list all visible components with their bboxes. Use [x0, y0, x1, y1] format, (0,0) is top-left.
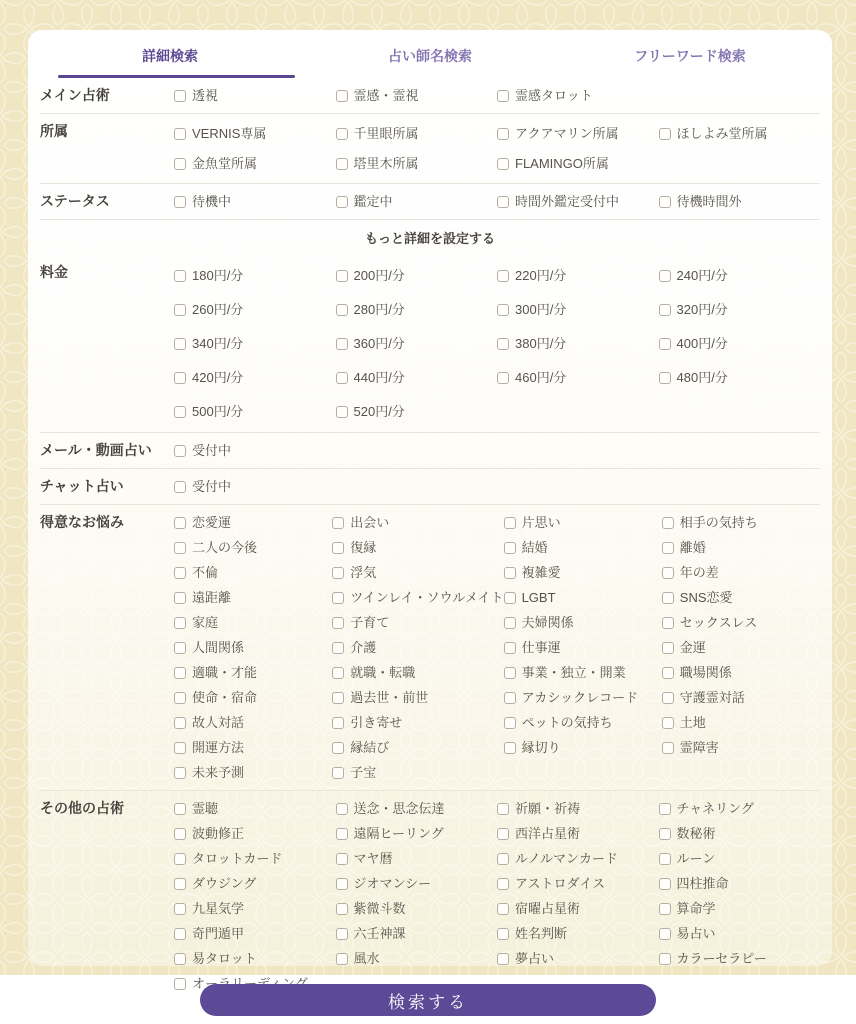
checkbox-label: ルノルマンカード [515, 846, 618, 871]
checkbox-option[interactable]: 風水 [336, 946, 498, 971]
search-panel: 詳細検索占い師名検索フリーワード検索 メイン占術透視霊感・霊視霊感タロット所属V… [28, 30, 832, 966]
checkbox-label: 風水 [354, 946, 380, 971]
checkbox-label: 事業・独立・開業 [522, 660, 626, 685]
checkbox-icon [332, 667, 344, 679]
checkbox-icon [174, 90, 186, 102]
checkbox-option[interactable]: 波動修正 [174, 821, 336, 846]
checkbox-option[interactable]: 家庭 [174, 610, 332, 635]
checkbox-icon [662, 642, 674, 654]
checkbox-icon [659, 878, 671, 890]
checkbox-option[interactable]: 数秘術 [659, 821, 821, 846]
checkbox-label: 介護 [350, 635, 376, 660]
filter-sections-bottom: 料金180円/分200円/分220円/分240円/分260円/分280円/分30… [40, 255, 820, 1001]
checkbox-icon [662, 517, 674, 529]
checkbox-icon [504, 717, 516, 729]
checkbox-label: 職場関係 [680, 660, 732, 685]
checkbox-label: 500円/分 [192, 399, 243, 424]
checkbox-option[interactable]: チャネリング [659, 796, 821, 821]
checkbox-label: 家庭 [192, 610, 218, 635]
section-label: 料金 [40, 260, 174, 427]
checkbox-option[interactable]: 鑑定中 [336, 189, 498, 214]
checkbox-icon [336, 878, 348, 890]
checkbox-label: 200円/分 [354, 263, 405, 288]
checkbox-option[interactable]: 不倫 [174, 560, 332, 585]
checkbox-label: 待機中 [192, 189, 231, 214]
checkbox-label: 宿曜占星術 [515, 896, 580, 921]
checkbox-icon [332, 592, 344, 604]
checkbox-label: 夢占い [515, 946, 554, 971]
checkbox-option[interactable]: 宿曜占星術 [497, 896, 659, 921]
checkbox-icon [659, 304, 671, 316]
checkbox-label: カラーセラピー [677, 946, 767, 971]
checkbox-icon [497, 853, 509, 865]
checkbox-label: SNS恋愛 [680, 585, 733, 610]
checkbox-option[interactable]: 280円/分 [336, 297, 498, 322]
checkbox-label: 数秘術 [677, 821, 716, 846]
checkbox-option[interactable]: ツインレイ・ソウルメイト [332, 585, 503, 610]
checkbox-option[interactable]: 年の差 [662, 560, 820, 585]
checkbox-label: 不倫 [192, 560, 218, 585]
checkbox-icon [497, 928, 509, 940]
checkbox-icon [662, 592, 674, 604]
checkbox-option[interactable]: 介護 [332, 635, 503, 660]
checkbox-label: 守護霊対話 [680, 685, 745, 710]
checkbox-option[interactable]: SNS恋愛 [662, 585, 820, 610]
section-label: メイン占術 [40, 83, 174, 108]
checkbox-icon [497, 128, 509, 140]
checkbox-label: ルーン [677, 846, 716, 871]
checkbox-icon [174, 128, 186, 140]
checkbox-label: セックスレス [680, 610, 757, 635]
checkbox-label: 易占い [677, 921, 716, 946]
section-affiliation: 所属VERNIS専属千里眼所属アクアマリン所属ほしよみ堂所属金魚堂所属塔里木所属… [40, 114, 820, 184]
checkbox-option[interactable]: アカシックレコード [504, 685, 662, 710]
checkbox-icon [174, 853, 186, 865]
checkbox-label: 240円/分 [677, 263, 728, 288]
checkbox-option[interactable]: 180円/分 [174, 263, 336, 288]
section-label: ステータス [40, 189, 174, 214]
checkbox-icon [174, 270, 186, 282]
checkbox-label: 開運方法 [192, 735, 244, 760]
checkbox-option[interactable]: 塔里木所属 [336, 151, 498, 176]
tab-teller-name-search[interactable]: 占い師名検索 [300, 42, 560, 78]
checkbox-option[interactable]: 複雑愛 [504, 560, 662, 585]
checkbox-label: 塔里木所属 [354, 151, 419, 176]
checkbox-option[interactable]: 480円/分 [659, 365, 821, 390]
checkbox-option[interactable]: FLAMINGO所属 [497, 151, 659, 176]
checkbox-label: 金運 [680, 635, 706, 660]
checkbox-option[interactable]: 相手の気持ち [662, 510, 820, 535]
checkbox-icon [497, 803, 509, 815]
section-label: 得意なお悩み [40, 510, 174, 785]
checkbox-icon [504, 542, 516, 554]
checkbox-icon [332, 542, 344, 554]
checkbox-icon [504, 517, 516, 529]
checkbox-option[interactable]: VERNIS専属 [174, 121, 336, 146]
checkbox-label: 340円/分 [192, 331, 243, 356]
checkbox-option[interactable]: 受付中 [174, 474, 336, 499]
checkbox-option[interactable]: 九星気学 [174, 896, 336, 921]
checkbox-option[interactable]: 夫婦関係 [504, 610, 662, 635]
checkbox-option[interactable]: アクアマリン所属 [497, 121, 659, 146]
checkbox-label: 遠距離 [192, 585, 231, 610]
checkbox-icon [504, 742, 516, 754]
checkbox-label: 複雑愛 [522, 560, 561, 585]
checkbox-option[interactable]: 人間関係 [174, 635, 332, 660]
checkbox-option[interactable]: 易占い [659, 921, 821, 946]
checkbox-icon [659, 196, 671, 208]
checkbox-option[interactable]: 算命学 [659, 896, 821, 921]
checkbox-option[interactable]: 440円/分 [336, 365, 498, 390]
options-grid: 恋愛運出会い片思い相手の気持ち二人の今後復縁結婚離婚不倫浮気複雑愛年の差遠距離ツ… [174, 510, 820, 785]
checkbox-option[interactable]: 出会い [332, 510, 503, 535]
checkbox-label: アストロダイス [515, 871, 605, 896]
checkbox-option[interactable]: 400円/分 [659, 331, 821, 356]
checkbox-icon [332, 567, 344, 579]
checkbox-icon [174, 828, 186, 840]
checkbox-icon [659, 372, 671, 384]
checkbox-label: 仕事運 [522, 635, 561, 660]
checkbox-option[interactable]: 500円/分 [174, 399, 336, 424]
checkbox-label: 送念・思念伝達 [354, 796, 445, 821]
section-chat: チャット占い受付中 [40, 469, 820, 505]
checkbox-icon [497, 338, 509, 350]
checkbox-label: アクアマリン所属 [515, 121, 619, 146]
checkbox-icon [336, 90, 348, 102]
checkbox-label: 受付中 [192, 474, 231, 499]
checkbox-icon [504, 667, 516, 679]
checkbox-option[interactable]: マヤ暦 [336, 846, 498, 871]
checkbox-label: 260円/分 [192, 297, 243, 322]
checkbox-option[interactable]: 千里眼所属 [336, 121, 498, 146]
checkbox-option[interactable]: LGBT [504, 585, 662, 610]
tab-freeword-search[interactable]: フリーワード検索 [560, 42, 820, 78]
checkbox-option[interactable]: ペットの気持ち [504, 710, 662, 735]
checkbox-option[interactable]: 霊感タロット [497, 83, 659, 108]
checkbox-icon [504, 692, 516, 704]
checkbox-option[interactable]: 420円/分 [174, 365, 336, 390]
checkbox-option[interactable]: ルノルマンカード [497, 846, 659, 871]
checkbox-label: 縁切り [522, 735, 561, 760]
checkbox-label: ジオマンシー [354, 871, 432, 896]
checkbox-label: 復縁 [350, 535, 376, 560]
checkbox-option[interactable]: 姓名判断 [497, 921, 659, 946]
tab-detail-search[interactable]: 詳細検索 [40, 42, 300, 78]
checkbox-label: 霊感・霊視 [354, 83, 419, 108]
checkbox-icon [336, 406, 348, 418]
checkbox-option[interactable]: ルーン [659, 846, 821, 871]
section-specialty: 得意なお悩み恋愛運出会い片思い相手の気持ち二人の今後復縁結婚離婚不倫浮気複雑愛年… [40, 505, 820, 791]
checkbox-option[interactable]: 300円/分 [497, 297, 659, 322]
checkbox-option[interactable]: 離婚 [662, 535, 820, 560]
checkbox-option[interactable]: 220円/分 [497, 263, 659, 288]
checkbox-label: 六壬神課 [354, 921, 406, 946]
options-grid: VERNIS専属千里眼所属アクアマリン所属ほしよみ堂所属金魚堂所属塔里木所属FL… [174, 119, 820, 178]
checkbox-option[interactable]: 恋愛運 [174, 510, 332, 535]
checkbox-label: 360円/分 [354, 331, 405, 356]
checkbox-icon [497, 270, 509, 282]
checkbox-label: 相手の気持ち [680, 510, 758, 535]
checkbox-icon [174, 878, 186, 890]
checkbox-option[interactable]: 復縁 [332, 535, 503, 560]
checkbox-option[interactable]: 職場関係 [662, 660, 820, 685]
checkbox-option[interactable]: 未来予測 [174, 760, 332, 785]
checkbox-icon [174, 196, 186, 208]
checkbox-icon [659, 803, 671, 815]
checkbox-icon [174, 567, 186, 579]
checkbox-label: 180円/分 [192, 263, 243, 288]
checkbox-label: 浮気 [350, 560, 376, 585]
checkbox-option[interactable]: アストロダイス [497, 871, 659, 896]
checkbox-option[interactable]: 子育て [332, 610, 503, 635]
checkbox-option[interactable]: 霊障害 [662, 735, 820, 760]
checkbox-label: 人間関係 [192, 635, 244, 660]
checkbox-option[interactable]: 易タロット [174, 946, 336, 971]
checkbox-option[interactable]: 四柱推命 [659, 871, 821, 896]
checkbox-option[interactable]: 紫微斗数 [336, 896, 498, 921]
checkbox-icon [336, 196, 348, 208]
checkbox-option[interactable]: 夢占い [497, 946, 659, 971]
checkbox-icon [497, 304, 509, 316]
checkbox-option[interactable]: ほしよみ堂所属 [659, 121, 821, 146]
checkbox-label: 受付中 [192, 438, 231, 463]
section-label: 所属 [40, 119, 174, 178]
checkbox-label: 千里眼所属 [354, 121, 419, 146]
checkbox-option[interactable]: 二人の今後 [174, 535, 332, 560]
checkbox-label: VERNIS専属 [192, 121, 266, 146]
checkbox-label: 引き寄せ [350, 710, 402, 735]
checkbox-option[interactable]: 340円/分 [174, 331, 336, 356]
checkbox-label: 易タロット [192, 946, 257, 971]
checkbox-label: 霊聴 [192, 796, 218, 821]
checkbox-icon [504, 642, 516, 654]
checkbox-icon [336, 953, 348, 965]
checkbox-option[interactable]: 320円/分 [659, 297, 821, 322]
checkbox-option[interactable]: 360円/分 [336, 331, 498, 356]
checkbox-icon [659, 828, 671, 840]
checkbox-label: 子育て [350, 610, 389, 635]
checkbox-option[interactable]: タロットカード [174, 846, 336, 871]
checkbox-icon [659, 853, 671, 865]
checkbox-option[interactable]: 460円/分 [497, 365, 659, 390]
checkbox-label: 姓名判断 [515, 921, 567, 946]
checkbox-label: 故人対話 [192, 710, 244, 735]
checkbox-icon [497, 903, 509, 915]
checkbox-option[interactable]: 霊聴 [174, 796, 336, 821]
checkbox-option[interactable]: 仕事運 [504, 635, 662, 660]
checkbox-icon [497, 953, 509, 965]
checkbox-icon [174, 517, 186, 529]
section-label: メール・動画占い [40, 438, 174, 463]
checkbox-icon [336, 928, 348, 940]
checkbox-option[interactable]: 待機時間外 [659, 189, 821, 214]
checkbox-option[interactable]: 開運方法 [174, 735, 332, 760]
checkbox-option[interactable]: 過去世・前世 [332, 685, 503, 710]
checkbox-option[interactable]: 受付中 [174, 438, 336, 463]
checkbox-icon [174, 406, 186, 418]
checkbox-label: ペットの気持ち [522, 710, 613, 735]
options-grid: 180円/分200円/分220円/分240円/分260円/分280円/分300円… [174, 260, 820, 427]
checkbox-option[interactable]: 西洋占星術 [497, 821, 659, 846]
checkbox-label: 時間外鑑定受付中 [515, 189, 619, 214]
checkbox-icon [504, 567, 516, 579]
checkbox-icon [336, 853, 348, 865]
checkbox-icon [174, 928, 186, 940]
options-grid: 受付中 [174, 474, 820, 499]
checkbox-option[interactable]: 子宝 [332, 760, 503, 785]
checkbox-icon [332, 717, 344, 729]
checkbox-label: 過去世・前世 [350, 685, 428, 710]
section-label: チャット占い [40, 474, 174, 499]
checkbox-label: 年の差 [680, 560, 719, 585]
checkbox-label: 420円/分 [192, 365, 243, 390]
checkbox-icon [662, 542, 674, 554]
more-detail-toggle[interactable]: もっと詳細を設定する [40, 220, 820, 255]
checkbox-icon [332, 642, 344, 654]
checkbox-option[interactable]: 520円/分 [336, 399, 498, 424]
checkbox-icon [174, 445, 186, 457]
checkbox-icon [174, 667, 186, 679]
checkbox-option[interactable]: 片思い [504, 510, 662, 535]
checkbox-option[interactable]: 時間外鑑定受付中 [497, 189, 659, 214]
checkbox-option[interactable]: 200円/分 [336, 263, 498, 288]
checkbox-option[interactable]: 遠隔ヒーリング [336, 821, 498, 846]
checkbox-label: 鑑定中 [354, 189, 393, 214]
options-grid: 霊聴送念・思念伝達祈願・祈祷チャネリング波動修正遠隔ヒーリング西洋占星術数秘術タ… [174, 796, 820, 996]
checkbox-icon [174, 304, 186, 316]
checkbox-label: 使命・宿命 [192, 685, 257, 710]
checkbox-icon [662, 692, 674, 704]
checkbox-icon [174, 338, 186, 350]
checkbox-icon [174, 592, 186, 604]
checkbox-option[interactable]: 霊感・霊視 [336, 83, 498, 108]
section-mail-video: メール・動画占い受付中 [40, 433, 820, 469]
checkbox-option[interactable]: 240円/分 [659, 263, 821, 288]
checkbox-option[interactable]: 縁結び [332, 735, 503, 760]
checkbox-option[interactable]: 透視 [174, 83, 336, 108]
checkbox-label: 待機時間外 [677, 189, 742, 214]
checkbox-option[interactable]: カラーセラピー [659, 946, 821, 971]
checkbox-option[interactable]: 故人対話 [174, 710, 332, 735]
checkbox-icon [174, 372, 186, 384]
checkbox-icon [174, 642, 186, 654]
checkbox-icon [174, 717, 186, 729]
checkbox-label: 縁結び [350, 735, 389, 760]
checkbox-label: 子宝 [350, 760, 376, 785]
checkbox-icon [336, 903, 348, 915]
tab-bar: 詳細検索占い師名検索フリーワード検索 [40, 30, 820, 78]
checkbox-label: 四柱推命 [677, 871, 729, 896]
checkbox-option[interactable]: セックスレス [662, 610, 820, 635]
checkbox-label: 460円/分 [515, 365, 566, 390]
checkbox-label: FLAMINGO所属 [515, 151, 609, 176]
checkbox-option[interactable]: 遠距離 [174, 585, 332, 610]
checkbox-option[interactable]: 送念・思念伝達 [336, 796, 498, 821]
checkbox-label: タロットカード [192, 846, 282, 871]
checkbox-icon [336, 158, 348, 170]
checkbox-option[interactable]: 奇門遁甲 [174, 921, 336, 946]
checkbox-label: 520円/分 [354, 399, 405, 424]
checkbox-icon [174, 767, 186, 779]
checkbox-icon [174, 742, 186, 754]
checkbox-label: 算命学 [677, 896, 716, 921]
checkbox-label: 霊感タロット [515, 83, 593, 108]
checkbox-option[interactable]: ジオマンシー [336, 871, 498, 896]
checkbox-option[interactable]: 使命・宿命 [174, 685, 332, 710]
checkbox-option[interactable]: 祈願・祈祷 [497, 796, 659, 821]
checkbox-option[interactable]: 事業・独立・開業 [504, 660, 662, 685]
checkbox-label: 金魚堂所属 [192, 151, 257, 176]
checkbox-option[interactable]: 引き寄せ [332, 710, 503, 735]
checkbox-option[interactable]: 土地 [662, 710, 820, 735]
checkbox-icon [504, 592, 516, 604]
checkbox-option[interactable]: 380円/分 [497, 331, 659, 356]
checkbox-icon [659, 953, 671, 965]
checkbox-icon [332, 517, 344, 529]
checkbox-option[interactable]: 金魚堂所属 [174, 151, 336, 176]
checkbox-label: 400円/分 [677, 331, 728, 356]
checkbox-option[interactable]: 守護霊対話 [662, 685, 820, 710]
checkbox-option[interactable]: 260円/分 [174, 297, 336, 322]
checkbox-icon [336, 372, 348, 384]
checkbox-label: 西洋占星術 [515, 821, 580, 846]
checkbox-label: 土地 [680, 710, 706, 735]
checkbox-icon [659, 903, 671, 915]
checkbox-icon [504, 617, 516, 629]
checkbox-label: 霊障害 [680, 735, 719, 760]
checkbox-option[interactable]: 六壬神課 [336, 921, 498, 946]
filter-sections-top: メイン占術透視霊感・霊視霊感タロット所属VERNIS専属千里眼所属アクアマリン所… [40, 78, 820, 220]
search-button[interactable]: 検索する [200, 984, 656, 1016]
checkbox-label: アカシックレコード [522, 685, 639, 710]
checkbox-icon [662, 742, 674, 754]
checkbox-icon [174, 617, 186, 629]
checkbox-label: 320円/分 [677, 297, 728, 322]
checkbox-icon [497, 878, 509, 890]
checkbox-option[interactable]: 浮気 [332, 560, 503, 585]
checkbox-label: 380円/分 [515, 331, 566, 356]
checkbox-icon [336, 304, 348, 316]
checkbox-label: 恋愛運 [192, 510, 231, 535]
checkbox-label: 離婚 [680, 535, 706, 560]
checkbox-option[interactable]: ダウジング [174, 871, 336, 896]
checkbox-option[interactable]: 縁切り [504, 735, 662, 760]
checkbox-label: 280円/分 [354, 297, 405, 322]
checkbox-icon [174, 953, 186, 965]
checkbox-option[interactable]: 金運 [662, 635, 820, 660]
checkbox-icon [662, 617, 674, 629]
options-grid: 待機中鑑定中時間外鑑定受付中待機時間外 [174, 189, 820, 214]
search-button-row: 検索する [0, 984, 856, 1016]
checkbox-label: マヤ暦 [354, 846, 393, 871]
section-other-methods: その他の占術霊聴送念・思念伝達祈願・祈祷チャネリング波動修正遠隔ヒーリング西洋占… [40, 791, 820, 1001]
checkbox-label: LGBT [522, 585, 556, 610]
checkbox-option[interactable]: 就職・転職 [332, 660, 503, 685]
checkbox-label: 440円/分 [354, 365, 405, 390]
section-price: 料金180円/分200円/分220円/分240円/分260円/分280円/分30… [40, 255, 820, 433]
checkbox-option[interactable]: 適職・才能 [174, 660, 332, 685]
checkbox-icon [662, 667, 674, 679]
checkbox-label: 透視 [192, 83, 218, 108]
checkbox-icon [336, 803, 348, 815]
checkbox-option[interactable]: 結婚 [504, 535, 662, 560]
checkbox-icon [332, 742, 344, 754]
checkbox-icon [332, 767, 344, 779]
checkbox-label: 二人の今後 [192, 535, 257, 560]
checkbox-label: 遠隔ヒーリング [354, 821, 444, 846]
checkbox-option[interactable]: 待機中 [174, 189, 336, 214]
checkbox-label: 結婚 [522, 535, 548, 560]
